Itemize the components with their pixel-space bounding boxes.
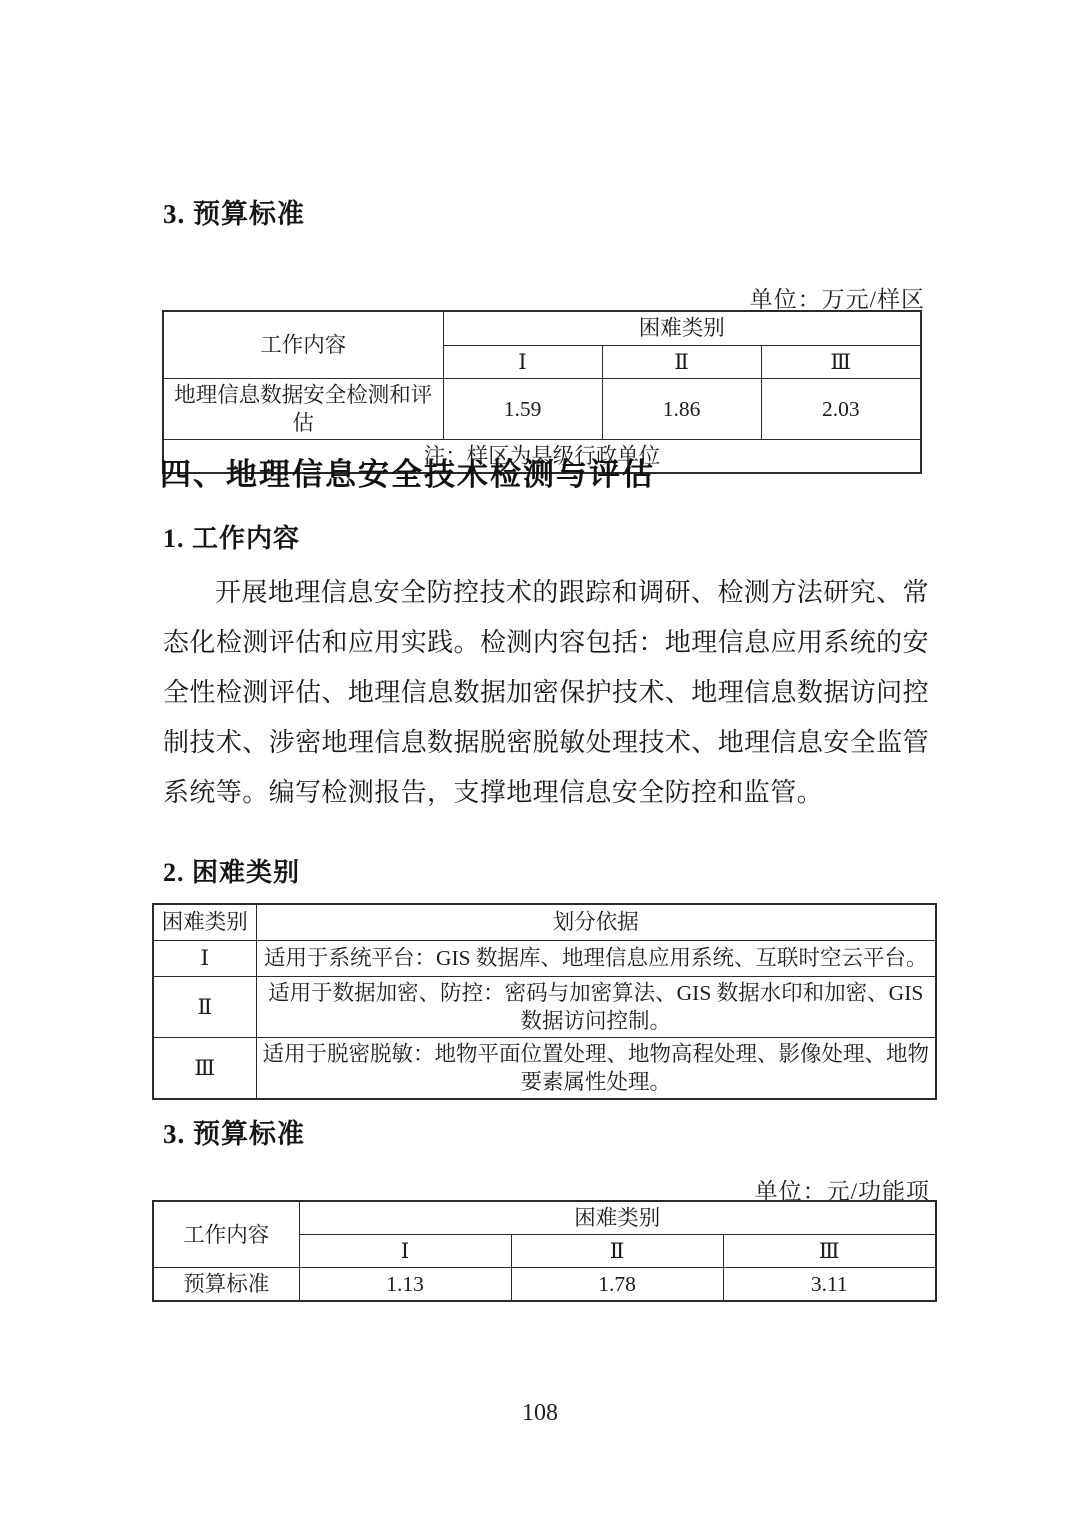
value-cell: 1.86 xyxy=(602,378,761,439)
budget-table-wrap: 工作内容 困难类别 Ⅰ Ⅱ Ⅲ 预算标准 1.13 1.78 3.11 xyxy=(152,1200,935,1302)
difficulty-table: 困难类别 划分依据 Ⅰ 适用于系统平台：GIS 数据库、地理信息应用系统、互联时… xyxy=(152,903,937,1100)
value-cell: 3.11 xyxy=(723,1268,936,1302)
basis-cell: 适用于脱密脱敏：地物平面位置处理、地物高程处理、影像处理、地物要素属性处理。 xyxy=(256,1037,936,1099)
document-page: 3. 预算标准 单位：万元/样区 工作内容 困难类别 Ⅰ Ⅱ Ⅲ 地理信息数据安… xyxy=(0,0,1080,1527)
row-label-cell: 地理信息数据安全检测和评估 xyxy=(163,378,443,439)
col-header-III: Ⅲ xyxy=(761,345,921,378)
difficulty-heading: 2. 困难类别 xyxy=(163,852,300,889)
row-label-cell: 预算标准 xyxy=(153,1268,299,1302)
value-cell: 1.13 xyxy=(299,1268,511,1302)
group-header-cell: 困难类别 xyxy=(299,1201,936,1235)
work-content-heading: 1. 工作内容 xyxy=(163,518,300,555)
category-cell: Ⅰ xyxy=(153,940,256,976)
table-row: Ⅱ 适用于数据加密、防控：密码与加密算法、GIS 数据水印和加密、GIS 数据访… xyxy=(153,976,936,1037)
section4-heading: 四、地理信息安全技术检测与评估 xyxy=(160,449,655,494)
col-header-I: Ⅰ xyxy=(443,345,602,378)
difficulty-table-wrap: 困难类别 划分依据 Ⅰ 适用于系统平台：GIS 数据库、地理信息应用系统、互联时… xyxy=(152,903,935,1100)
category-cell: Ⅲ xyxy=(153,1037,256,1099)
col-header-I: Ⅰ xyxy=(299,1235,511,1268)
basis-cell: 适用于系统平台：GIS 数据库、地理信息应用系统、互联时空云平台。 xyxy=(256,940,936,976)
col-header-III: Ⅲ xyxy=(723,1235,936,1268)
group-header-cell: 困难类别 xyxy=(443,311,921,345)
table-row: Ⅰ 适用于系统平台：GIS 数据库、地理信息应用系统、互联时空云平台。 xyxy=(153,940,936,976)
corner-header-cell: 工作内容 xyxy=(153,1201,299,1268)
corner-header-cell: 工作内容 xyxy=(163,311,443,378)
value-cell: 1.59 xyxy=(443,378,602,439)
budget-table: 工作内容 困难类别 Ⅰ Ⅱ Ⅲ 预算标准 1.13 1.78 3.11 xyxy=(152,1200,937,1302)
basis-cell: 适用于数据加密、防控：密码与加密算法、GIS 数据水印和加密、GIS 数据访问控… xyxy=(256,976,936,1037)
budget-standard-heading-prev: 3. 预算标准 xyxy=(163,192,305,231)
difficulty-col2-header: 划分依据 xyxy=(256,904,936,940)
col-header-II: Ⅱ xyxy=(511,1235,723,1268)
page-number: 108 xyxy=(0,1400,1080,1427)
work-content-paragraph: 开展地理信息安全防控技术的跟踪和调研、检测方法研究、常态化检测评估和应用实践。检… xyxy=(163,568,929,818)
value-cell: 1.78 xyxy=(511,1268,723,1302)
table-row: 预算标准 1.13 1.78 3.11 xyxy=(153,1268,936,1302)
difficulty-col1-header: 困难类别 xyxy=(153,904,256,940)
table-row: 地理信息数据安全检测和评估 1.59 1.86 2.03 xyxy=(163,378,921,439)
budget-heading: 3. 预算标准 xyxy=(163,1112,305,1151)
col-header-II: Ⅱ xyxy=(602,345,761,378)
category-cell: Ⅱ xyxy=(153,976,256,1037)
table-row: Ⅲ 适用于脱密脱敏：地物平面位置处理、地物高程处理、影像处理、地物要素属性处理。 xyxy=(153,1037,936,1099)
value-cell: 2.03 xyxy=(761,378,921,439)
